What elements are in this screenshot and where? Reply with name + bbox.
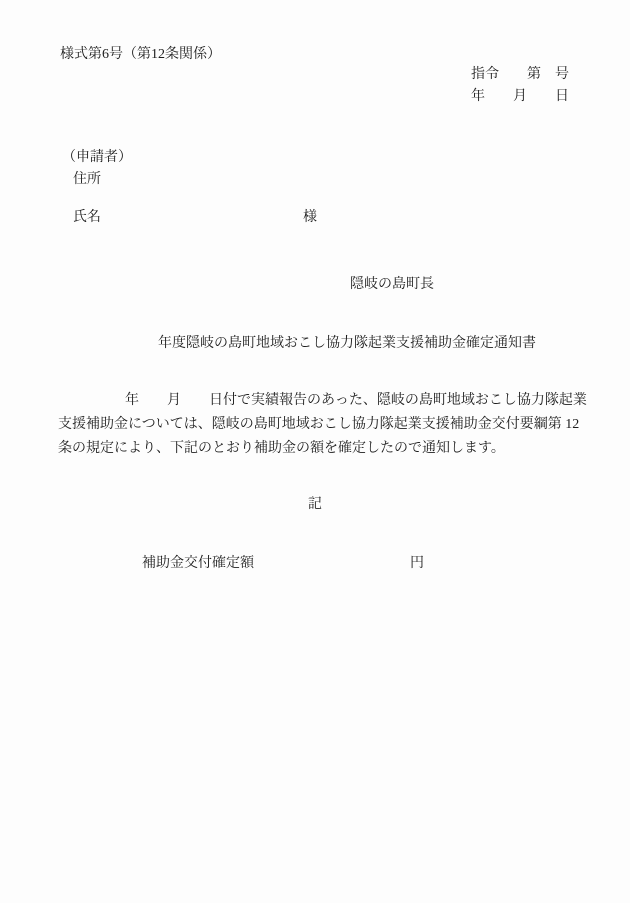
body-line-3: 条の規定により、下記のとおり補助金の額を確定したので通知します。 — [58, 439, 505, 459]
document-title: 年度隠岐の島町地域おこし協力隊起業支援補助金確定通知書 — [158, 334, 536, 354]
body-line-1: 年 月 日付で実績報告のあった、隠岐の島町地域おこし協力隊起業 — [125, 391, 587, 411]
amount-unit: 円 — [410, 554, 424, 574]
amount-label: 補助金交付確定額 — [142, 554, 254, 574]
applicant-label: （申請者） — [62, 148, 132, 168]
applicant-honorific: 様 — [303, 208, 317, 228]
applicant-address-label: 住所 — [73, 170, 101, 190]
body-line-2: 支援補助金については、隠岐の島町地域おこし協力隊起業支援補助金交付要綱第 12 — [58, 415, 579, 435]
issuer-name: 隠岐の島町長 — [350, 275, 434, 295]
document-page: 様式第6号（第12条関係） 指令 第 号 年 月 日 （申請者） 住所 氏名 様… — [0, 0, 630, 903]
issue-date-line: 年 月 日 — [471, 87, 569, 107]
record-marker: 記 — [0, 495, 630, 515]
form-number: 様式第6号（第12条関係） — [60, 45, 221, 65]
applicant-name-label: 氏名 — [73, 208, 101, 228]
directive-number-line: 指令 第 号 — [471, 65, 569, 85]
